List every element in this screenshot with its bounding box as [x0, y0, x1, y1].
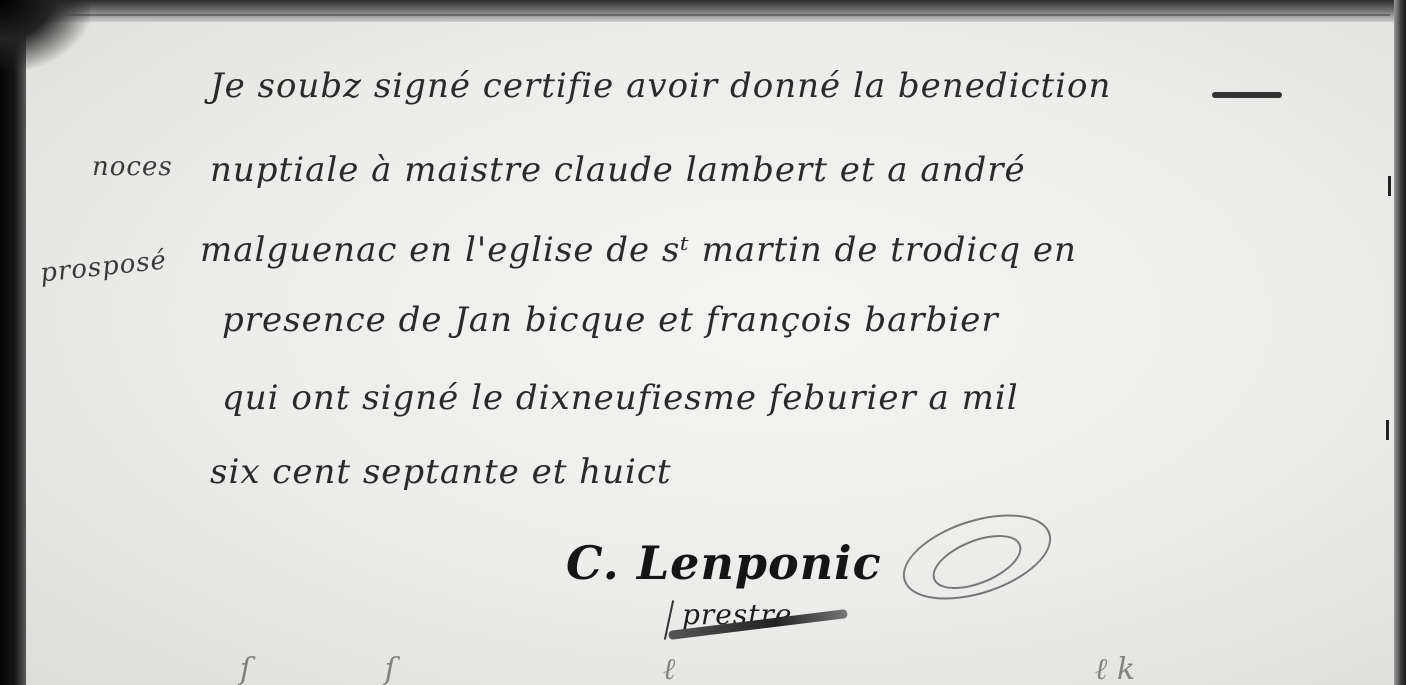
page-right-edge	[1394, 0, 1406, 685]
margin-note-noces: noces	[92, 152, 173, 182]
margin-tick-mark	[1386, 420, 1389, 440]
next-entry-fragment: ſ ſ ℓ ℓ k	[240, 652, 1135, 685]
corner-shadow	[0, 0, 90, 70]
line-end-dash	[1212, 92, 1282, 98]
top-ruled-line	[60, 14, 1390, 16]
text-line-6: six cent septante et huict	[210, 452, 672, 492]
text-line-4: presence de Jan bicque et françois barbi…	[222, 300, 999, 340]
text-line-5: qui ont signé le dixneufiesme feburier a…	[222, 378, 1019, 418]
page-top-edge	[0, 0, 1406, 22]
text-line-1: Je soubz signé certifie avoir donné la b…	[210, 66, 1111, 106]
signature-name: C. Lenponic	[566, 536, 882, 590]
page-binding-edge	[0, 0, 26, 685]
text-line-2: nuptiale à maistre claude lambert et a a…	[210, 150, 1026, 190]
margin-tick-mark	[1388, 176, 1391, 196]
text-line-3: malguenac en l'eglise de sᵗ martin de tr…	[200, 230, 1077, 270]
